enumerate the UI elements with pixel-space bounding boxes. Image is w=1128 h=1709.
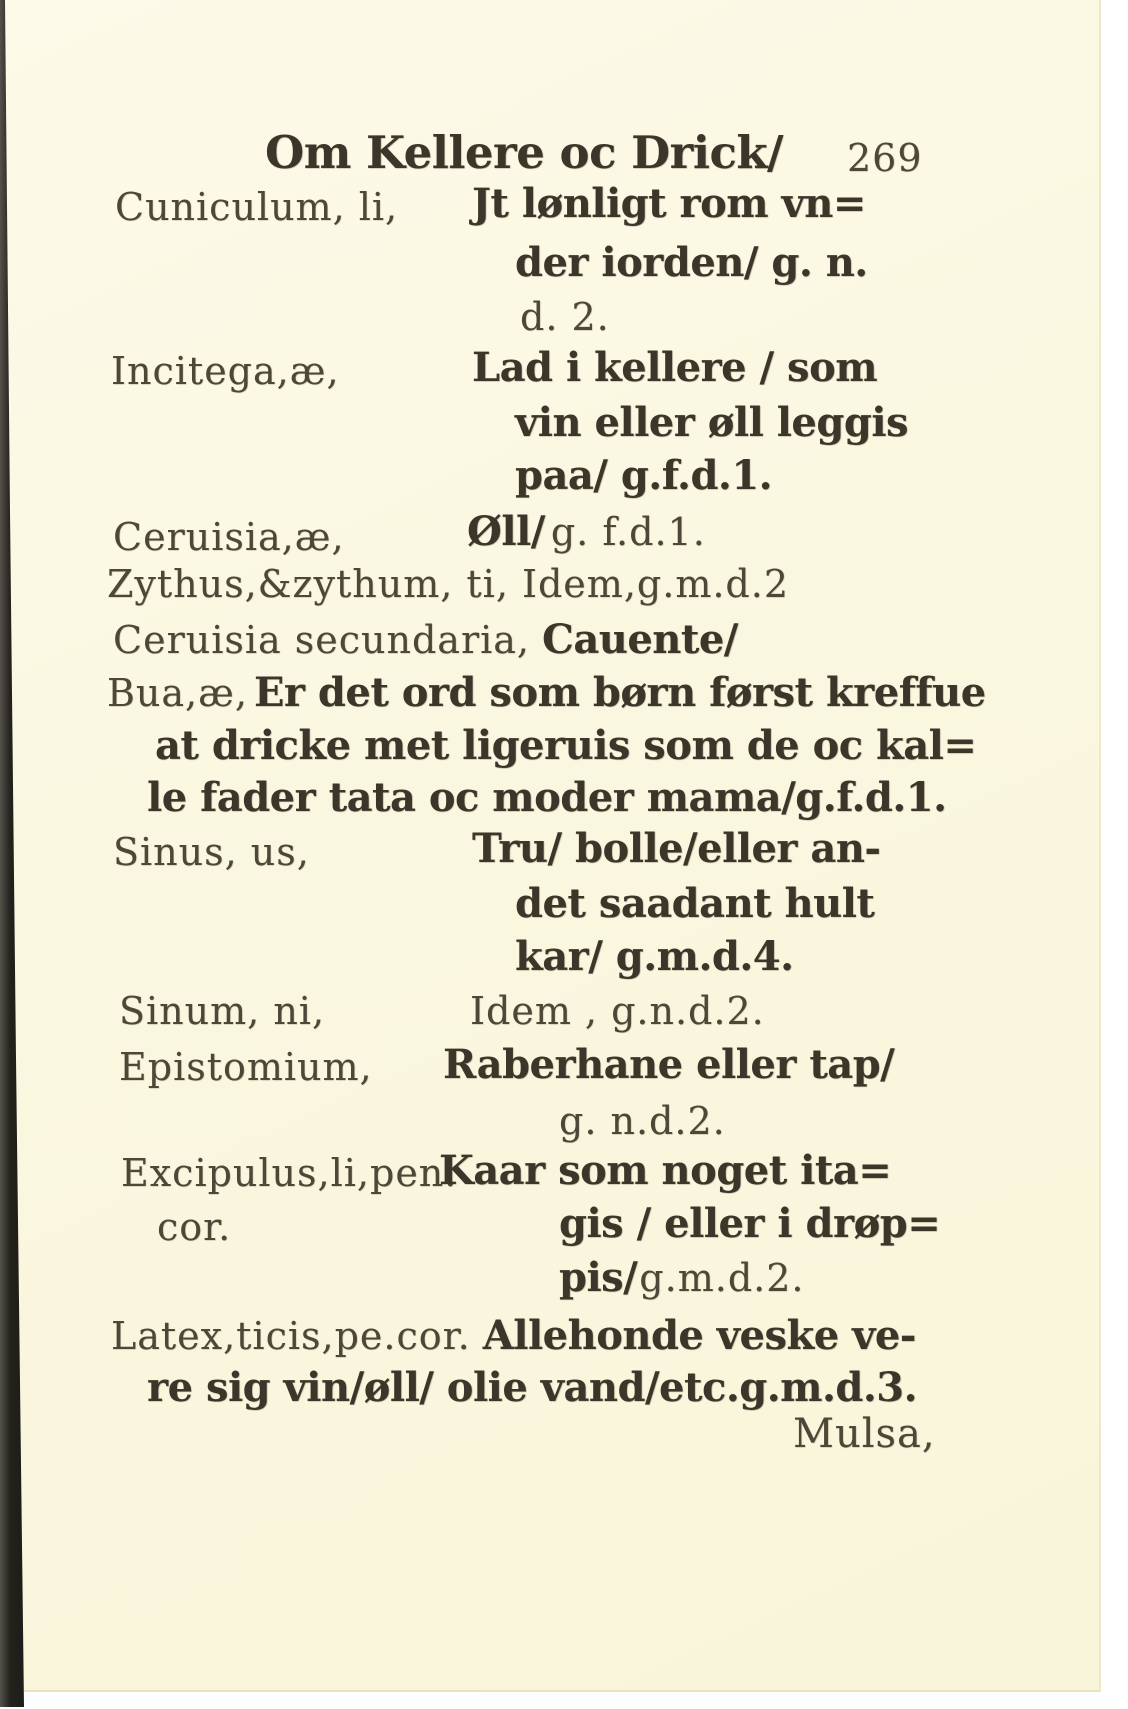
entry-ceruisia-def-line1: Øll/g. f.d.1. [467, 512, 718, 552]
entry-ceruisia-secundaria-line: Ceruisia secundaria,Cauente/ [113, 620, 738, 660]
entry-ceruisia-def-tag: g. f.d.1. [551, 513, 706, 551]
entry-ceruisia-lemma: Ceruisia,æ, [113, 518, 345, 556]
entry-latex-def-line2: re sig vin/øll/ olie vand/etc.g.m.d.3. [147, 1368, 917, 1408]
page-header-title: Om Kellere oc Drick/ [265, 130, 783, 175]
entry-excipulus-def-line2: gis / eller i drøp= [559, 1204, 940, 1244]
entry-sinus-lemma: Sinus, us, [113, 833, 310, 871]
scanned-page: Om Kellere oc Drick/ 269 Cuniculum, li, … [5, 0, 1101, 1692]
entry-sinus-def-line3: kar/ g.m.d.4. [515, 937, 794, 977]
entry-sinum-lemma: Sinum, ni, [119, 992, 325, 1030]
entry-cuniculum-def-line2: der iorden/ g. n. [515, 243, 868, 283]
entry-excipulus-def-line3-tag: g.m.d.2. [639, 1259, 804, 1297]
entry-sinum-def-line1: Idem , g.n.d.2. [470, 992, 765, 1030]
entry-cuniculum-def-line1: Jt lønligt rom vn= [472, 184, 866, 224]
entry-sinus-def-line2: det saadant hult [515, 884, 874, 924]
entry-incitega-def-line1: Lad i kellere / som [472, 348, 877, 388]
entry-sinus-def-line1: Tru/ bolle/eller an- [472, 829, 881, 869]
entry-ceruisia-secundaria-lemma: Ceruisia secundaria, [113, 621, 530, 659]
entry-epistomium-def-line1: Raberhane eller tap/ [443, 1045, 894, 1085]
entry-excipulus-def-line1: Kaar som noget ita= [439, 1151, 891, 1191]
entry-incitega-def-line2: vin eller øll leggis [515, 403, 908, 443]
catchword: Mulsa, [793, 1414, 936, 1454]
entry-zythus-line: Zythus,&zythum, ti, Idem,g.m.d.2 [107, 565, 789, 603]
page-number: 269 [847, 139, 923, 177]
entry-excipulus-def-line3-blackletter: pis/ [559, 1258, 637, 1298]
entry-bua-def-line1: Er det ord som børn først kreffue [254, 673, 986, 713]
entry-latex-lemma: Latex,ticis,pe.cor. [111, 1317, 471, 1355]
entry-incitega-lemma: Incitega,æ, [111, 352, 340, 390]
entry-bua-lemma: Bua,æ, [107, 674, 248, 712]
entry-latex-line1: Latex,ticis,pe.cor.Allehonde veske ve- [111, 1316, 916, 1356]
entry-cuniculum-def-line3: d. 2. [520, 298, 610, 336]
entry-excipulus-def-line3: pis/g.m.d.2. [559, 1258, 816, 1298]
entry-excipulus-lemma-cont: cor. [157, 1208, 231, 1246]
entry-epistomium-lemma: Epistomium, [119, 1048, 373, 1086]
entry-ceruisia-secundaria-def: Cauente/ [542, 620, 738, 660]
entry-bua-def-line3: le fader tata oc moder mama/g.f.d.1. [147, 778, 947, 818]
entry-bua-line1: Bua,æ,Er det ord som børn først kreffue [107, 673, 986, 713]
entry-bua-def-line2: at dricke met ligeruis som de oc kal= [155, 726, 976, 766]
entry-latex-def-line1: Allehonde veske ve- [483, 1316, 916, 1356]
entry-epistomium-def-line2: g. n.d.2. [559, 1102, 726, 1140]
entry-excipulus-lemma: Excipulus,li,pen. [121, 1154, 457, 1192]
entry-incitega-def-line3: paa/ g.f.d.1. [515, 456, 772, 496]
entry-cuniculum-lemma: Cuniculum, li, [115, 188, 398, 226]
entry-ceruisia-def-blackletter: Øll/ [467, 512, 545, 552]
